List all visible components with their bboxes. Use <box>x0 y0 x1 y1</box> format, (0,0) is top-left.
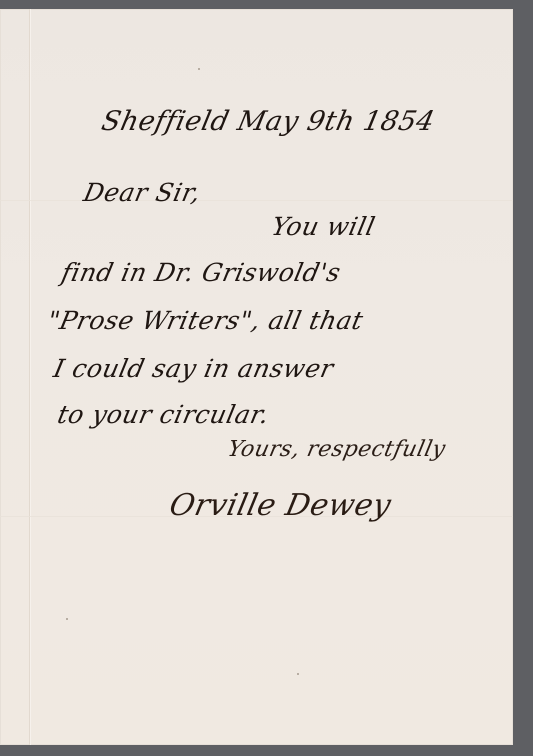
salutation: Dear Sir, <box>81 178 204 207</box>
body-line: "Prose Writers", all that <box>45 306 366 335</box>
signature: Orville Dewey <box>166 488 394 523</box>
closing: Yours, respectfully <box>225 437 448 462</box>
fold-line <box>29 9 30 745</box>
dateline: Sheffield May 9th 1854 <box>99 106 438 137</box>
body-line: You will <box>269 212 378 241</box>
crease-line <box>0 200 513 201</box>
body-line: find in Dr. Griswold's <box>59 258 344 287</box>
body-line: I could say in answer <box>51 354 336 383</box>
paper-speck <box>66 618 68 620</box>
paper-speck <box>297 673 299 675</box>
paper-speck <box>198 68 200 70</box>
body-line: to your circular. <box>55 400 272 429</box>
